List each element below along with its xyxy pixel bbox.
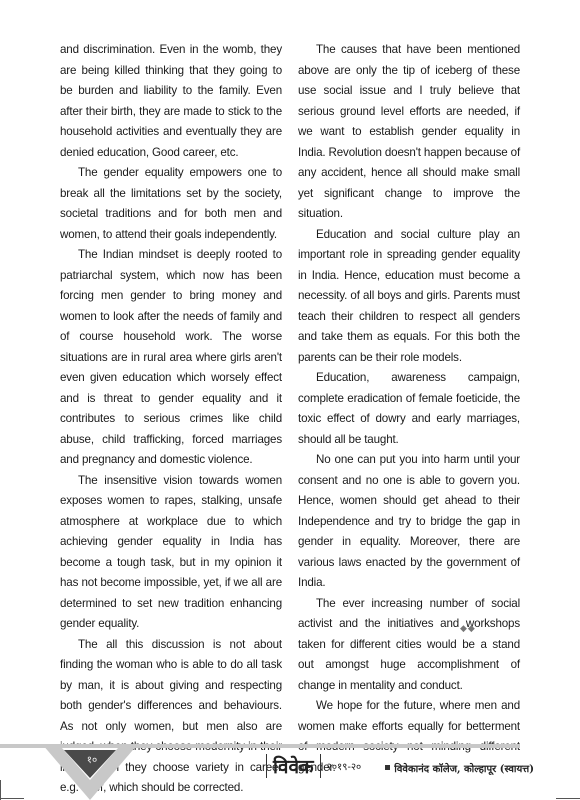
paragraph: and discrimination. Even in the womb, th… <box>60 40 282 163</box>
paragraph: The causes that have been mentioned abov… <box>298 40 520 225</box>
square-bullet-icon <box>385 765 390 770</box>
right-column: The causes that have been mentioned abov… <box>298 40 520 778</box>
college-name: विवेकानंद कॉलेज, कोल्हापूर (स्वायत्त) <box>394 764 534 775</box>
crop-mark <box>556 798 580 799</box>
left-column: and discrimination. Even in the womb, th… <box>60 40 282 799</box>
divider <box>266 754 267 778</box>
page-number: १० <box>77 752 107 766</box>
paragraph: No one can put you into harm until your … <box>298 450 520 594</box>
issue-year: २०१९-२० <box>327 759 362 773</box>
crop-mark <box>0 798 24 799</box>
college-label: विवेकानंद कॉलेज, कोल्हापूर (स्वायत्त) <box>385 757 534 776</box>
paragraph: The ever increasing number of social act… <box>298 594 520 697</box>
paragraph: The insensitive vision towards women exp… <box>60 471 282 635</box>
paragraph: The Indian mindset is deeply rooted to p… <box>60 245 282 471</box>
paragraph: Education and social culture play an imp… <box>298 225 520 369</box>
end-ornament-icon: ◆◆ <box>460 623 476 634</box>
paragraph: The gender equality empowers one to brea… <box>60 163 282 245</box>
footer-running-head: विवेक २०१९-२० विवेकानंद कॉलेज, कोल्हापूर… <box>266 752 534 780</box>
magazine-title: विवेक <box>273 753 314 779</box>
crop-mark <box>0 780 1 800</box>
paragraph: Education, awareness campaign, complete … <box>298 368 520 450</box>
divider <box>320 754 321 778</box>
